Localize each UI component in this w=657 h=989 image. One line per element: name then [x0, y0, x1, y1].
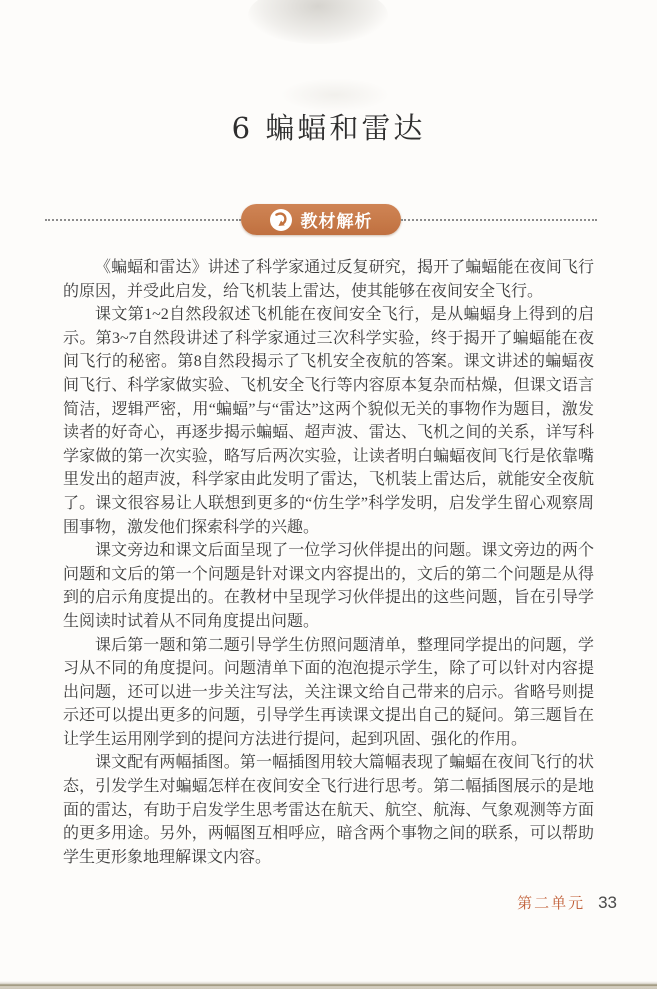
paragraph-illustrations: 课文配有两幅插图。第一幅插图用较大篇幅表现了蝙蝠在夜间飞行的状态，引发学生对蝙蝠…	[63, 751, 594, 869]
page-footer: 第二单元 33	[517, 892, 617, 913]
paragraph-questions: 课文旁边和课文后面呈现了一位学习伙伴提出的问题。课文旁边的两个问题和文后的第一个…	[63, 539, 594, 633]
paragraph-structure: 课文第1~2自然段叙述飞机能在夜间安全飞行，是从蝙蝠身上得到的启示。第3~7自然…	[63, 303, 594, 539]
section-badge: 教材解析	[241, 204, 401, 235]
curved-down-arrow-icon	[270, 209, 292, 231]
dotted-line-right	[401, 219, 597, 221]
section-divider: 教材解析	[45, 204, 597, 235]
footer-page-number: 33	[598, 893, 617, 913]
section-badge-label: 教材解析	[301, 207, 373, 232]
book-bottom-edge	[0, 981, 657, 989]
page-title: 6 蝙蝠和雷达	[0, 106, 657, 147]
analysis-text-block: 《蝙蝠和雷达》讲述了科学家通过反复研究，揭开了蝙蝠能在夜间飞行的原因，并受此启发…	[63, 256, 594, 869]
dotted-line-left	[45, 219, 241, 221]
textbook-page: 6 蝙蝠和雷达 教材解析 《蝙蝠和雷达》讲述了科学家通过反复研究，揭开了蝙蝠能在…	[0, 0, 657, 989]
scan-smudge-top	[248, 0, 388, 44]
footer-unit-label: 第二单元	[517, 892, 585, 913]
paragraph-intro: 《蝙蝠和雷达》讲述了科学家通过反复研究，揭开了蝙蝠能在夜间飞行的原因，并受此启发…	[63, 256, 594, 303]
paragraph-exercises: 课后第一题和第二题引导学生仿照问题清单，整理同学提出的问题，学习从不同的角度提问…	[63, 634, 594, 752]
